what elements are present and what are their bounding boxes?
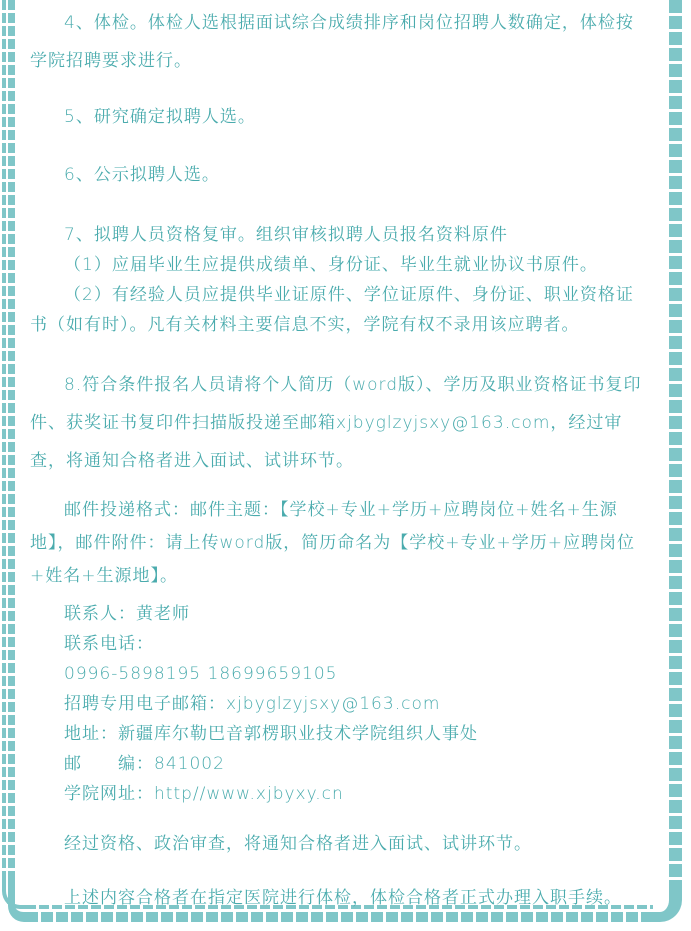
paragraph-step4-physical-exam: 4、体检。体检人选根据面试综合成绩排序和岗位招聘人数确定，体检按学院招聘要求进行…: [30, 4, 651, 80]
corner-bottom-left-outer: [2, 880, 26, 909]
paragraph-fresh-graduates-materials: （1）应届毕业生应提供成绩单、身份证、毕业生就业协议书原件。: [30, 250, 651, 280]
corner-bottom-left-inner: [8, 880, 30, 922]
article-content: 4、体检。体检人选根据面试综合成绩排序和岗位招聘人数确定，体检按学院招聘要求进行…: [30, 0, 651, 917]
contact-email-line: 招聘专用电子邮箱：xjbyglzyjsxy@163.com: [30, 689, 651, 719]
contact-website-line: 学院网址：http//www.xjbyxy.cn: [30, 779, 651, 809]
contact-phone-numbers: 0996-5898195 18699659105: [30, 659, 651, 689]
contact-postcode-line: 邮 编：841002: [30, 749, 651, 779]
paragraph-review-notice: 经过资格、政治审查，将通知合格者进入面试、试讲环节。: [30, 825, 651, 863]
paragraph-step7-qualification-review: 7、拟聘人员资格复审。组织审核拟聘人员报名资料原件: [30, 220, 651, 250]
contact-address-line: 地址：新疆库尔勒巴音郭楞职业技术学院组织人事处: [30, 719, 651, 749]
paragraph-step6-publicize-hires: 6、公示拟聘人选。: [30, 156, 651, 194]
paragraph-experienced-materials: （2）有经验人员应提供毕业证原件、学位证原件、身份证、职业资格证书（如有时）。凡…: [30, 280, 651, 340]
article-page: 4、体检。体检人选根据面试综合成绩排序和岗位招聘人数确定，体检按学院招聘要求进行…: [0, 0, 691, 931]
border-left-thick-dashes: [8, 0, 15, 882]
corner-bottom-right: [652, 880, 682, 922]
paragraph-email-format: 邮件投递格式：邮件主题：【学校+专业+学历+应聘岗位+姓名+生源地】，邮件附件：…: [30, 494, 651, 593]
paragraph-step5-determine-hires: 5、研究确定拟聘人选。: [30, 98, 651, 136]
border-right-dashes: [669, 0, 682, 880]
paragraph-final-onboarding: 上述内容合格者在指定医院进行体检，体检合格者正式办理入职手续。: [30, 879, 651, 917]
contact-phone-label: 联系电话：: [30, 629, 651, 659]
contact-person-line: 联系人：黄老师: [30, 599, 651, 629]
paragraph-step8-application-email: 8.符合条件报名人员请将个人简历（word版）、学历及职业资格证书复印件、获奖证…: [30, 366, 651, 480]
border-left-thin-dashes: [2, 0, 6, 882]
